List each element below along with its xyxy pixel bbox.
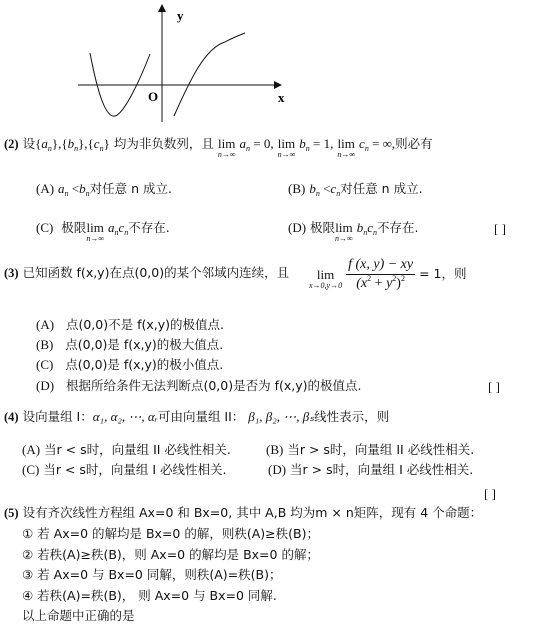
q2-number: (2) bbox=[4, 137, 19, 151]
q3-number: (3) bbox=[4, 266, 19, 280]
q5-proposition-3: ③ 若 Ax=0 与 Bx=0 同解，则秩(A)=秩(B)； bbox=[22, 569, 281, 582]
q5-proposition-2: ② 若秩(A)≥秩(B)，则 Ax=0 的解均是 Bx=0 的解； bbox=[22, 549, 319, 562]
q2-option-d[interactable]: (D) 极限limn→∞ bncn不存在. bbox=[288, 221, 419, 243]
q2-stem: (2) 设{an},{bn},{cn} 均为非负数列，且 limn→∞ an =… bbox=[4, 137, 433, 159]
y-axis-label: y bbox=[177, 8, 184, 23]
y-axis-arrow-icon bbox=[158, 4, 166, 12]
right-curve bbox=[174, 33, 245, 116]
q2-option-b[interactable]: (B) bn <cn对任意 n 成立. bbox=[288, 182, 423, 196]
q5-number: (5) bbox=[4, 506, 19, 520]
x-axis-arrow-icon bbox=[274, 81, 282, 89]
q3-option-d[interactable]: (D) 根据所给条件无法判断点(0,0)是否为 f(x,y)的极值点. bbox=[36, 379, 361, 393]
q3-answer-bracket[interactable]: [ ] bbox=[488, 380, 500, 393]
q5-stem: (5) 设有齐次线性方程组 Ax=0 和 Bx=0, 其中 A,B 均为m × … bbox=[4, 507, 482, 520]
q5-closing: 以上命题中正确的是 bbox=[22, 610, 135, 623]
q3-limit-expression: limx→0,y→0 f (x, y) − xy (x2 + y2)2 = 1，… bbox=[309, 258, 467, 291]
q3-option-b[interactable]: (B) 点(0,0)是 f(x,y)的极大值点. bbox=[36, 338, 223, 352]
q4-number: (4) bbox=[4, 410, 19, 424]
q4-option-c[interactable]: (C) 当r < s时，向量组 I 必线性相关. bbox=[22, 463, 227, 477]
q2-option-c[interactable]: (C) 极限limn→∞ ancn不存在. bbox=[36, 221, 170, 243]
q4-answer-bracket[interactable]: [ ] bbox=[484, 487, 496, 500]
q3-stem: (3) 已知函数 f(x,y)在点(0,0)的某个邻域内连续，且 bbox=[4, 267, 289, 280]
origin-label: O bbox=[148, 89, 158, 104]
q3-option-a[interactable]: (A) 点(0,0)不是 f(x,y)的极值点. bbox=[36, 318, 224, 332]
q3-option-c[interactable]: (C) 点(0,0)是 f(x,y)的极小值点. bbox=[36, 358, 223, 372]
q5-proposition-4: ④ 若秩(A)=秩(B)， 则 Ax=0 与 Bx=0 同解. bbox=[22, 590, 277, 603]
q4-option-d[interactable]: (D) 当r > s时，向量组 I 必线性相关. bbox=[268, 463, 473, 477]
q4-stem: (4) 设向量组 I：α₁, α₂, ⋯, αᵣ可由向量组 II： β₁, β₂… bbox=[4, 410, 389, 424]
q5-proposition-1: ① 若 Ax=0 的解均是 Bx=0 的解，则秩(A)≥秩(B)； bbox=[22, 528, 319, 541]
q2-option-a[interactable]: (A) an <bn对任意 n 成立. bbox=[36, 182, 172, 196]
q4-option-a[interactable]: (A) 当r < s时，向量组 II 必线性相关. bbox=[22, 443, 231, 457]
q2-answer-bracket[interactable]: [ ] bbox=[494, 222, 506, 235]
q4-option-b[interactable]: (B) 当r > s时，向量组 II 必线性相关. bbox=[266, 443, 474, 457]
function-graph-figure: y x O bbox=[70, 0, 300, 125]
x-axis-label: x bbox=[278, 90, 285, 105]
